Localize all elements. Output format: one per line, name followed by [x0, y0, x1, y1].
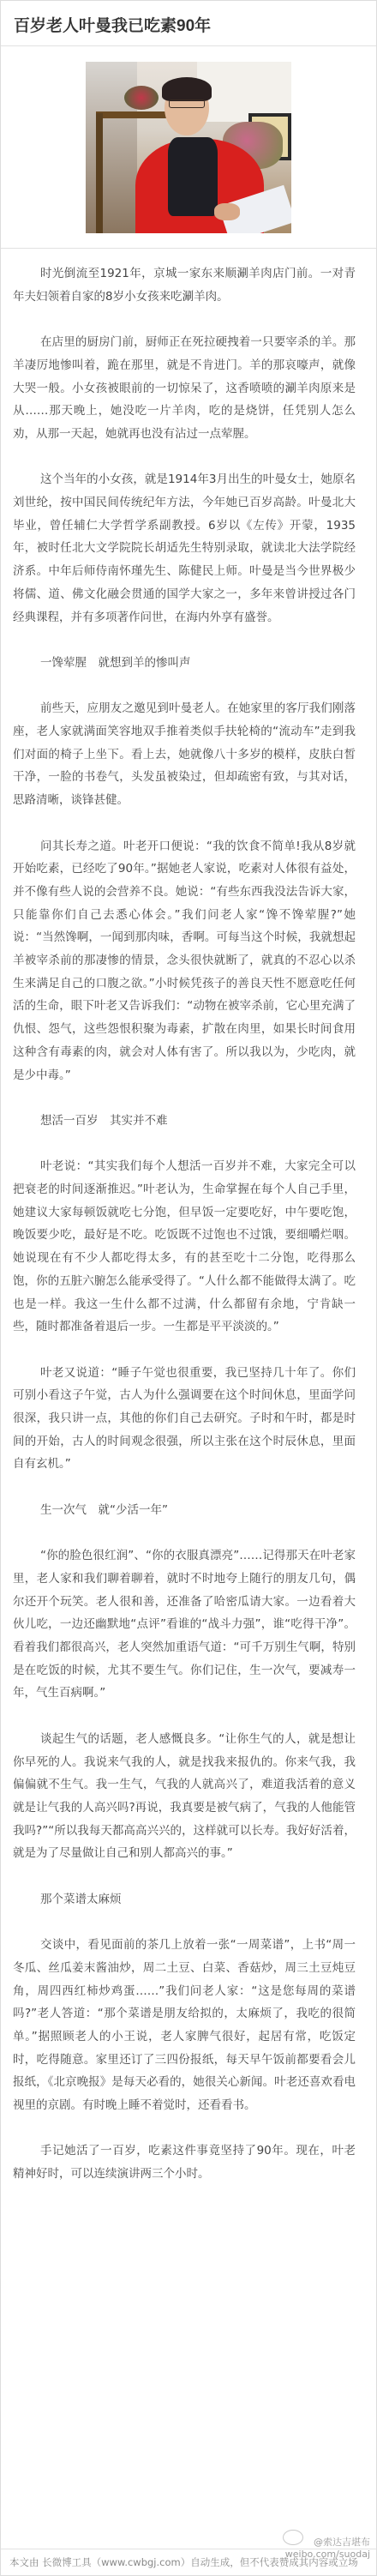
article-paragraph: 叶老说：“其实我们每个人想活一百岁并不难，大家完全可以把衰老的时间逐渐推迟。”叶… — [13, 1155, 356, 1339]
photo-section — [1, 46, 376, 249]
section-subheading: 想活一百岁 其实并不难 — [13, 1110, 356, 1133]
article-body: 时光倒流至1921年，京城一家东来顺涮羊肉店门前。一对青年夫妇领着自家的8岁小女… — [13, 262, 356, 2209]
article-paragraph: 这个当年的小女孩，就是1914年3月出生的叶曼女士，她原名刘世纶，按中国民间传统… — [13, 468, 356, 629]
article-paragraph: 时光倒流至1921年，京城一家东来顺涮羊肉店门前。一对青年夫妇领着自家的8岁小女… — [13, 262, 356, 308]
article-photo — [86, 62, 291, 233]
page-title: 百岁老人叶曼我已吃素90年 — [14, 13, 211, 36]
photo-chair — [96, 113, 103, 233]
photo-chair-top — [96, 111, 173, 118]
article-paragraph: 手记她活了一百岁，吃素这件事竟坚持了90年。现在，叶老精神好时，可以连续演讲两三… — [13, 2140, 356, 2185]
photo-bg-wall — [86, 62, 137, 233]
photo-hair — [162, 77, 212, 101]
article-paragraph: 交谈中，看见面前的茶几上放着一张“一周菜谱”，上书“周一冬瓜、丝瓜姜末酱油炒，周… — [13, 1934, 356, 2117]
section-subheading: 一馋荤腥 就想到羊的惨叫声 — [13, 652, 356, 675]
article-paragraph: 在店里的厨房门前，厨师正在死拉硬拽着一只要宰杀的羊。那羊凄厉地惨叫着，跪在那里，… — [13, 331, 356, 446]
article-paragraph: 前些天，应朋友之邀见到叶曼老人。在她家里的客厅我们刚落座，老人家就满面笑容地双手… — [13, 697, 356, 812]
photo-glasses — [169, 99, 205, 108]
weibo-watermark: @索达吉堪布 weibo.com/suodaj — [285, 2537, 370, 2561]
photo-collar — [168, 137, 218, 216]
article-paragraph: “你的脸色很红润”、“你的衣服真漂亮”……记得那天在叶老家里，老人家和我们聊着聊… — [13, 1544, 356, 1705]
article-paragraph: 叶老又说道：“睡子午觉也很重要，我已坚持几十年了。你们可别小看这子午觉，古人为什… — [13, 1362, 356, 1477]
watermark-url: weibo.com/suodaj — [285, 2549, 370, 2561]
photo-hands — [214, 203, 240, 220]
photo-flowers-left — [124, 86, 159, 110]
section-subheading: 那个菜谱太麻烦 — [13, 1888, 356, 1911]
section-subheading: 生一次气 就“少活一年” — [13, 1499, 356, 1522]
weibo-logo-icon — [283, 2530, 303, 2545]
article-paragraph: 谈起生气的话题，老人感慨良多。“让你生气的人，就是想让你早死的人。我说来气我的人… — [13, 1728, 356, 1865]
article-paragraph: 问其长寿之道。叶老开口便说：“我的饮食不简单!我从8岁就开始吃素，已经吃了90年… — [13, 835, 356, 1087]
title-bar: 百岁老人叶曼我已吃素90年 — [1, 1, 376, 46]
